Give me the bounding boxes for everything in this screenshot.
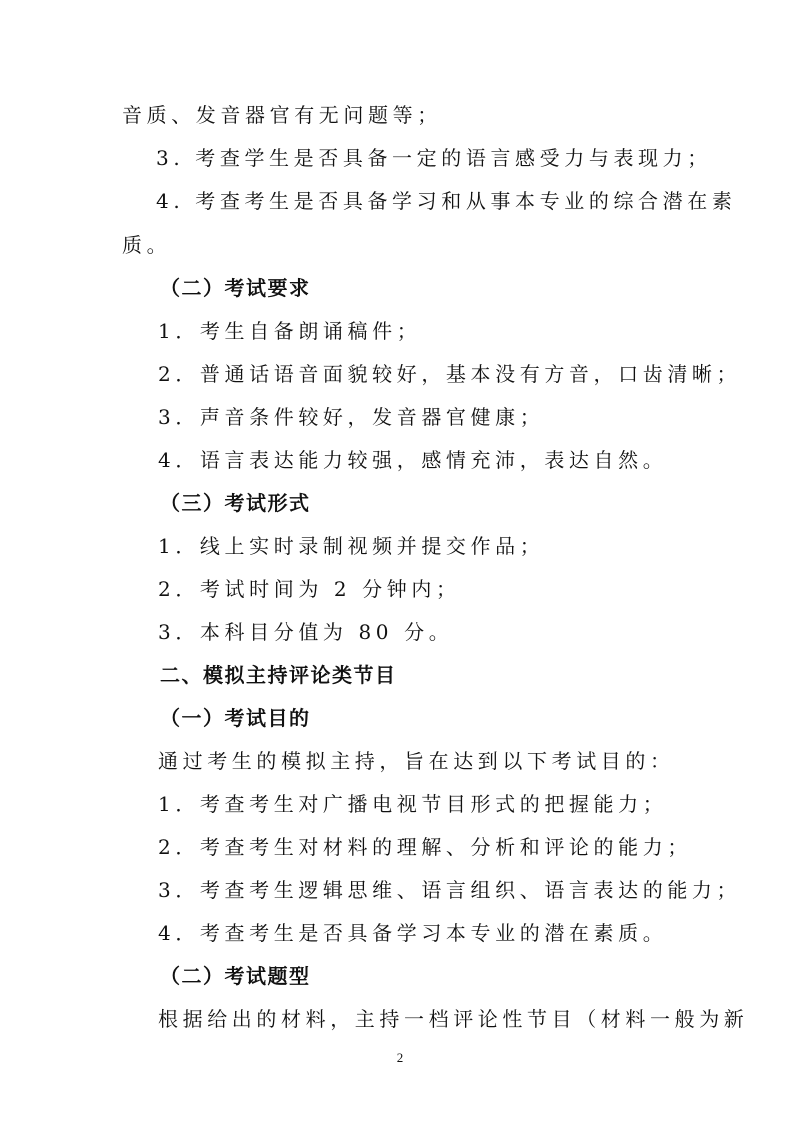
text-line: 2．普通话语音面貌较好，基本没有方音，口齿清晰； [158,362,741,386]
section-heading: 二、模拟主持评论类节目 [160,663,397,687]
text-line: 4．考查考生是否具备学习本专业的潜在素质。 [158,921,667,945]
section-heading: （三）考试形式 [160,491,311,515]
text-line: 1．线上实时录制视频并提交作品； [158,534,544,558]
text-line: 1．考查考生对广播电视节目形式的把握能力； [158,792,667,816]
text-line: 3. 考查学生是否具备一定的语言感受力与表现力； [156,146,712,170]
text-line: 通过考生的模拟主持，旨在达到以下考试目的： [158,749,675,773]
text-line: 3．考查考生逻辑思维、语言组织、语言表达的能力； [158,878,741,902]
section-heading: （二）考试题型 [160,964,311,988]
text-line: 4．语言表达能力较强，感情充沛，表达自然。 [158,448,667,472]
text-line: 质。 [122,233,171,257]
text-line: 音质、发音器官有无问题等； [122,103,442,127]
text-line: 根据给出的材料，主持一档评论性节目（材料一般为新 [158,1007,748,1031]
section-heading: （一）考试目的 [160,706,311,730]
text-line: 3．本科目分值为 80 分。 [158,620,453,644]
section-heading: （二）考试要求 [160,276,311,300]
text-line: 1．考生自备朗诵稿件； [158,319,421,343]
text-line: 4. 考查考生是否具备学习和从事本专业的综合潜在素 [156,189,736,213]
text-line: 2．考试时间为 2 分钟内； [158,577,461,601]
text-line: 3．声音条件较好，发音器官健康； [158,405,544,429]
text-line: 2．考查考生对材料的理解、分析和评论的能力； [158,835,692,859]
page-number: 2 [0,1050,800,1066]
